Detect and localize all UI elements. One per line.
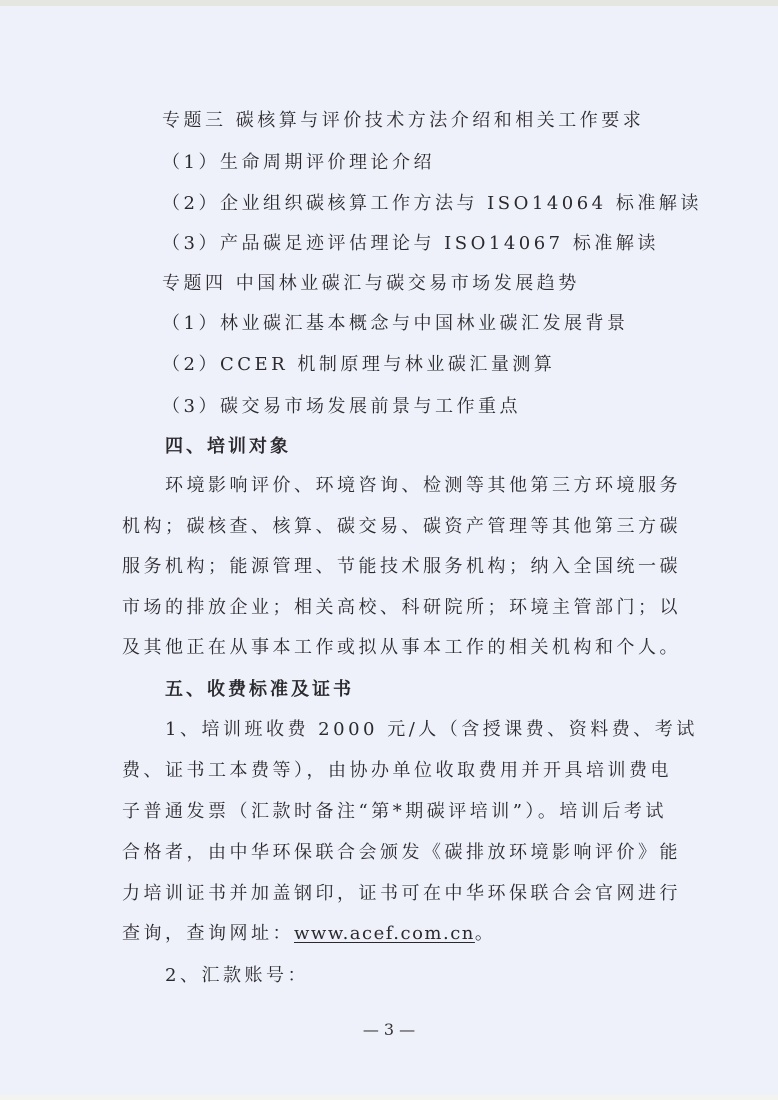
topic3-item-2: （2）企业组织碳核算工作方法与 ISO14064 标准解读: [162, 189, 702, 219]
scan-bottom-edge: [0, 1095, 778, 1100]
section4-line-1: 环境影响评价、环境咨询、检测等其他第三方环境服务: [165, 471, 681, 501]
section5-heading: 五、收费标准及证书: [165, 675, 354, 705]
section4-line-2: 机构；碳核查、核算、碳交易、碳资产管理等其他第三方碳: [122, 512, 681, 542]
section4-line-3: 服务机构；能源管理、节能技术服务机构；纳入全国统一碳: [122, 552, 681, 582]
page-number: — 3 —: [0, 1020, 778, 1039]
topic3-item-3: （3）产品碳足迹评估理论与 ISO14067 标准解读: [162, 229, 659, 259]
topic4-item-3: （3）碳交易市场发展前景与工作重点: [162, 392, 521, 422]
section5-para1-line-5: 力培训证书并加盖钢印，证书可在中华环保联合会官网进行: [122, 879, 681, 909]
section5-para1-line-6: 查询，查询网址：www.acef.com.cn。: [122, 919, 496, 949]
topic4-title: 专题四 中国林业碳汇与碳交易市场发展趋势: [162, 269, 580, 299]
section5-para1-line-3: 子普通发票（汇款时备注“第*期碳评培训”）。培训后考试: [122, 797, 667, 827]
section5-para1-line-4: 合格者，由中华环保联合会颁发《碳排放环境影响评价》能: [122, 838, 681, 868]
section5-para1-line-1: 1、培训班收费 2000 元/人（含授课费、资料费、考试: [165, 715, 698, 745]
period: 。: [475, 923, 497, 944]
topic4-item-2: （2）CCER 机制原理与林业碳汇量测算: [162, 350, 555, 380]
website-link[interactable]: www.acef.com.cn: [294, 923, 475, 944]
section4-line-4: 市场的排放企业；相关高校、科研院所；环境主管部门；以: [122, 593, 681, 623]
section5-para1-line-2: 费、证书工本费等），由协办单位收取费用并开具培训费电: [122, 756, 672, 786]
query-label: 查询，查询网址：: [122, 923, 294, 944]
topic3-title: 专题三 碳核算与评价技术方法介绍和相关工作要求: [162, 106, 644, 136]
section4-line-5: 及其他正在从事本工作或拟从事本工作的相关机构和个人。: [122, 633, 681, 663]
section4-heading: 四、培训对象: [165, 432, 291, 462]
topic4-item-1: （1）林业碳汇基本概念与中国林业碳汇发展背景: [162, 309, 628, 339]
topic3-item-1: （1）生命周期评价理论介绍: [162, 148, 435, 178]
section5-para2: 2、汇款账号：: [165, 961, 309, 991]
